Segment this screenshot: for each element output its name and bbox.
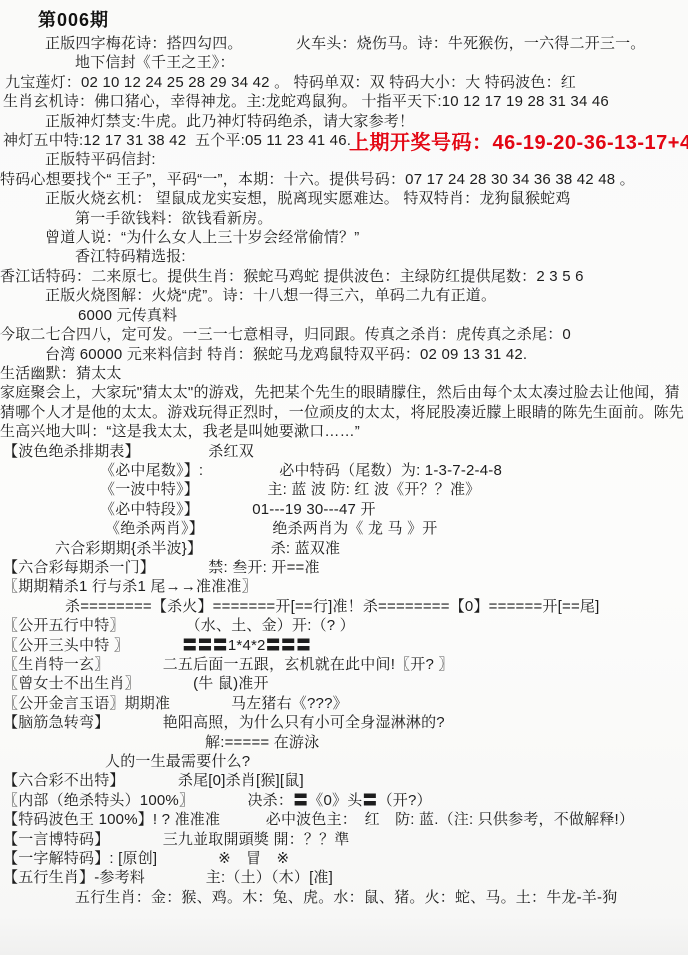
text-line: 正版火烧图解：火烧“虎”。诗：十八想一得三六，单码二九有正道。 [0, 286, 688, 305]
text-line: 香江话特码：二来原七。提供生肖：猴蛇马鸡蛇 提供波色：主绿防红提供尾数：2 3 … [0, 267, 688, 286]
text-line: 《绝杀两肖》】 绝杀两肖为《 龙 马 》开 [0, 519, 688, 538]
text-line: 〖公开三头中特 〗 〓〓〓1*4*2〓〓〓 [0, 636, 688, 655]
text-line: 〖生肖特一玄〗 二五后面一五跟，玄机就在此中间!〖开? 〗 [0, 655, 688, 674]
text-line: 杀========【杀火】=======开[==行]准！杀========【0】… [0, 597, 688, 616]
text-line: 生活幽默：猜太太 [0, 364, 688, 383]
lottery-tip-sheet: 第006期 正版四字梅花诗：搭四勾四。 火车头：烧伤马。诗：牛死猴伤，一六得二开… [0, 0, 688, 955]
text-line: 正版火烧玄机： 望鼠成龙实妄想，脱离现实愿难达。 特双特肖：龙狗鼠猴蛇鸡 [0, 189, 688, 208]
text-line: 《一波中特》】 主: 蓝 波 防: 红 波《开？？准》 [0, 480, 688, 499]
text-line: 〖公开金言玉语〗期期准 马左猪右《???》 [0, 694, 688, 713]
text-line: 【一言博特码】 三九並取開頭獎 開：？？準 [0, 830, 688, 849]
issue-title: 第006期 [0, 0, 688, 34]
document-lines: 正版四字梅花诗：搭四勾四。 火车头：烧伤马。诗：牛死猴伤，一六得二开三一。地下信… [0, 34, 688, 907]
text-line: 五行生肖：金：猴、鸡。木：兔、虎。水：鼠、猪。火：蛇、马。土：牛龙-羊-狗 [0, 888, 688, 907]
text-line: 《必中特段》】 01---19 30---47 开 [0, 500, 688, 519]
text-line: 【波色绝杀排期表】 杀红双 [0, 442, 688, 461]
text-line: 【特码波色王 100%】! ? 准准准 必中波色主： 红 防: 蓝.（注: 只供… [0, 810, 688, 829]
text-line: 〖内部（绝杀特头）100%〗 决杀：〓《0》头〓（开?） [0, 791, 688, 810]
text-line: 《必中尾数》】: 必中特码（尾数）为: 1-3-7-2-4-8 [0, 461, 688, 480]
text-line: 解:===== 在游泳 [0, 733, 688, 752]
last-draw-number: 上期开奖号码：46-19-20-36-13-17+43 [349, 126, 688, 155]
text-line: 台湾 60000 元来料信封 特肖：猴蛇马龙鸡鼠特双平码：02 09 13 31… [0, 345, 688, 364]
text-line: 正版四字梅花诗：搭四勾四。 火车头：烧伤马。诗：牛死猴伤，一六得二开三一。 [0, 34, 688, 53]
text-line: 【脑筋急转弯】 艳阳高照，为什么只有小可全身湿淋淋的? [0, 713, 688, 732]
text-line: 地下信封《千王之王》： [0, 53, 688, 72]
text-line: 六合彩期期{杀半波}】 杀: 蓝双准 [0, 539, 688, 558]
text-line: 家庭聚会上，大家玩"猜太太"的游戏，先把某个先生的眼睛朦住，然后由每个太太凑过脸… [0, 383, 688, 402]
text-line: 〖期期精杀1 行与杀1 尾→→准准准〗 [0, 577, 688, 596]
text-line: 曾道人说：“为什么女人上三十岁会经常偷情？” [0, 228, 688, 247]
text-line: 〖公开五行中特〗 （水、土、金）开:（? ） [0, 616, 688, 635]
text-line: 6000 元传真料 [0, 306, 688, 325]
text-line: 生肖玄机诗：佛口猪心，幸得神龙。主:龙蛇鸡鼠狗。 十指平天下:10 12 17 … [0, 92, 688, 111]
text-line: 【六合彩每期杀一门】 禁: 叁开: 开==准 [0, 558, 688, 577]
text-line: 人的一生最需要什么? [0, 752, 688, 771]
text-line: 猜哪个人才是他的太太。游戏玩得正烈时，一位顽皮的太太，将屁股凑近朦上眼睛的陈先生… [0, 403, 688, 422]
text-line: 〖曾女士不出生肖〗 (牛 鼠)准开 [0, 674, 688, 693]
text-line: 特码心想要找个“ 王子”，平码“一”，本期：十六。提供号码：07 17 24 2… [0, 170, 688, 189]
text-line: 第一手欲钱料：欲钱看新房。 [0, 209, 688, 228]
text-line: 生高兴地大叫：“这是我太太，我老是叫她要漱口……” [0, 422, 688, 441]
text-line: 【一字解特码】: [原创] ※ 冒 ※ [0, 849, 688, 868]
text-line: 【六合彩不出特】 杀尾[0]杀肖[猴][鼠] [0, 771, 688, 790]
text-line: 九宝莲灯：02 10 12 24 25 28 29 34 42 。 特码单双：双… [0, 73, 688, 92]
text-line: 香江特码精选报: [0, 247, 688, 266]
text-line: 【五行生肖】-参考料 主:（土）（木）[准] [0, 868, 688, 887]
text-line: 今取二七合四八，定可发。一三一七意相寻，归同跟。传真之杀肖：虎传真之杀尾：0 [0, 325, 688, 344]
